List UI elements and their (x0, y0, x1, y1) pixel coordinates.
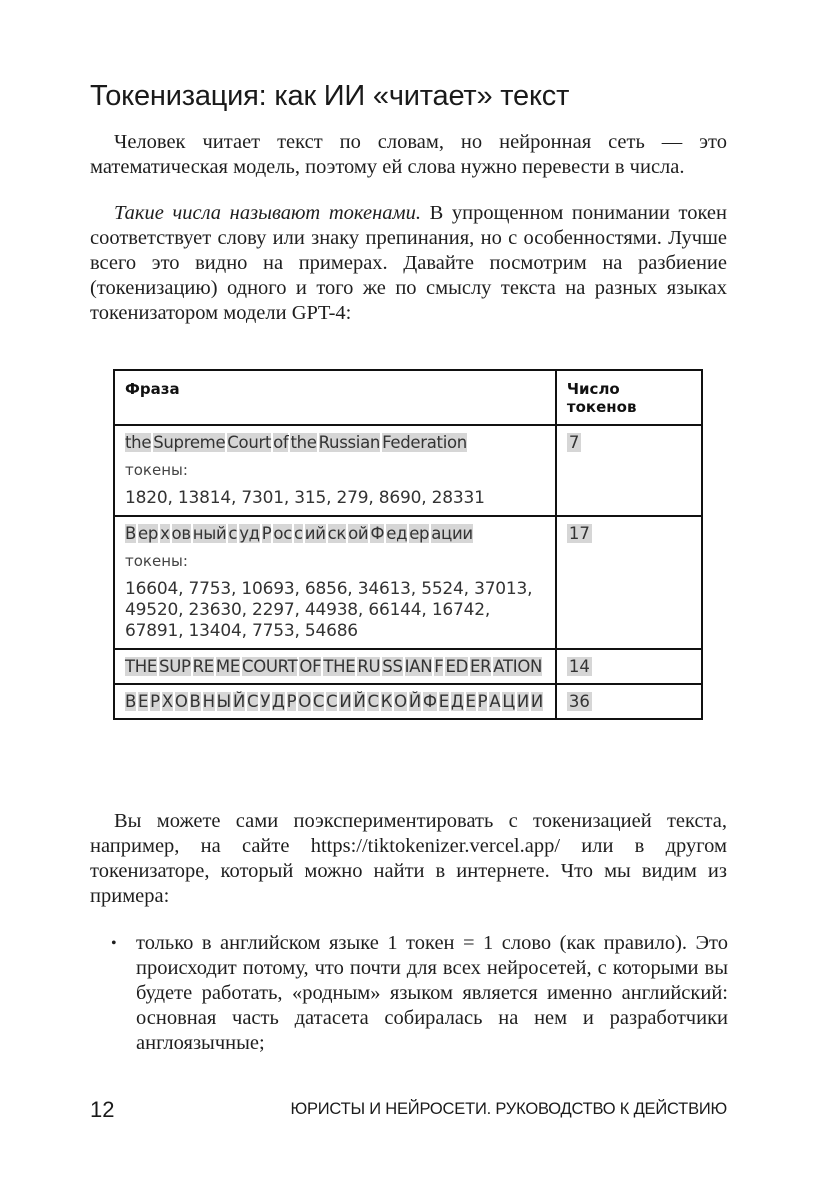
token-segment: of (273, 433, 288, 452)
token-ids: 1820, 13814, 7301, 315, 279, 8690, 28331 (125, 488, 545, 509)
table-header-row: Фраза Число токенов (114, 370, 702, 425)
token-segment: К (381, 692, 392, 711)
tokens-label: токены: (125, 460, 545, 481)
table-row: ВерховныйсудРоссийскойФедерациитокены:16… (114, 516, 702, 649)
token-count-cell: 7 (556, 425, 702, 516)
token-segment: В (190, 692, 201, 711)
book-page: Токенизация: как ИИ «читает» текст Челов… (0, 0, 815, 1181)
token-segment: ер (138, 524, 158, 543)
tokenized-phrase: ВЕРХОВНЫЙСУДРОССИЙСКОЙФЕДЕРАЦИИ (125, 691, 545, 712)
token-segment: Federation (382, 433, 467, 452)
token-segment: Е (138, 692, 148, 711)
token-segment: ED (445, 657, 468, 676)
token-segment: SS (382, 657, 402, 676)
token-segment: Ц (502, 692, 515, 711)
token-segment: Р (262, 524, 272, 543)
phrase-cell: THESUPREMECOURTOFTHERUSSIANFEDERATION (114, 649, 556, 684)
token-segment: Д (451, 692, 464, 711)
token-segment: У (260, 692, 270, 711)
token-segment: О (175, 692, 188, 711)
token-segment: С (247, 692, 258, 711)
phrase-cell: theSupremeCourtoftheRussianFederationток… (114, 425, 556, 516)
tokens-label: токены: (125, 551, 545, 572)
tokens-definition-italic: Такие числа называют токенами. (114, 202, 421, 224)
tokenized-phrase: ВерховныйсудРоссийскойФедерации (125, 523, 545, 544)
token-segment: THE (323, 657, 355, 676)
token-segment: F (434, 657, 443, 676)
token-segment: С (313, 692, 324, 711)
bullet-icon: • (111, 931, 117, 956)
token-segment: the (290, 433, 316, 452)
token-count-cell: 17 (556, 516, 702, 649)
token-segment: ации (431, 524, 473, 543)
token-segment: OF (299, 657, 321, 676)
tokenized-phrase: theSupremeCourtoftheRussianFederation (125, 432, 545, 453)
token-count-cell: 14 (556, 649, 702, 684)
token-segment: И (531, 692, 543, 711)
table-body: theSupremeCourtoftheRussianFederationток… (114, 425, 702, 719)
tokens-paragraph: Такие числа называют токенами. В упрощен… (90, 201, 727, 326)
section-heading: Токенизация: как ИИ «читает» текст (90, 80, 569, 113)
list-item-text: только в английском языке 1 токен = 1 сл… (136, 932, 728, 1054)
token-segment: RU (357, 657, 380, 676)
tokenization-table: Фраза Число токенов theSupremeCourtofthe… (113, 369, 703, 720)
token-count: 14 (567, 657, 592, 676)
token-segment: О (298, 692, 311, 711)
token-segment: О (394, 692, 407, 711)
table-row: theSupremeCourtoftheRussianFederationток… (114, 425, 702, 516)
token-segment: THE (125, 657, 157, 676)
token-segment: И (339, 692, 351, 711)
token-segment: Р (478, 692, 488, 711)
token-segment: с (228, 524, 237, 543)
token-segment: ный (193, 524, 227, 543)
token-segment: Ф (370, 524, 384, 543)
token-segment: с (294, 524, 303, 543)
token-segment: Р (287, 692, 297, 711)
token-segment: Р (150, 692, 160, 711)
token-count: 7 (567, 433, 582, 452)
token-segment: В (125, 692, 136, 711)
token-segment: ер (409, 524, 429, 543)
experiment-paragraph: Вы можете сами поэкспериментировать с то… (90, 809, 727, 909)
token-segment: Н (203, 692, 215, 711)
token-segment: ск (328, 524, 346, 543)
token-segment: Court (227, 433, 271, 452)
token-segment: ов (172, 524, 191, 543)
token-segment: RE (193, 657, 214, 676)
token-segment: ий (305, 524, 326, 543)
header-token-count: Число токенов (556, 370, 702, 425)
token-segment: Supreme (153, 433, 225, 452)
token-segment: ос (273, 524, 292, 543)
token-segment: Й (353, 692, 365, 711)
token-segment: ед (386, 524, 407, 543)
list-item: •только в английском языке 1 токен = 1 с… (108, 931, 728, 1056)
token-count: 17 (567, 524, 592, 543)
token-segment: ER (470, 657, 491, 676)
token-segment: the (125, 433, 151, 452)
token-segment: COURT (242, 657, 297, 676)
phrase-cell: ВерховныйсудРоссийскойФедерациитокены:16… (114, 516, 556, 649)
phrase-cell: ВЕРХОВНЫЙСУДРОССИЙСКОЙФЕДЕРАЦИИ (114, 684, 556, 719)
token-segment: ой (348, 524, 368, 543)
token-segment: уд (239, 524, 260, 543)
token-segment: С (326, 692, 337, 711)
token-segment: Й (233, 692, 245, 711)
tokenized-phrase: THESUPREMECOURTOFTHERUSSIANFEDERATION (125, 656, 545, 677)
token-segment: Е (466, 692, 476, 711)
token-segment: Russian (319, 433, 380, 452)
observations-list: •только в английском языке 1 токен = 1 с… (108, 931, 728, 1056)
token-segment: Е (439, 692, 449, 711)
token-segment: Ф (423, 692, 437, 711)
token-segment: В (125, 524, 136, 543)
page-number: 12 (90, 1097, 114, 1123)
token-ids: 16604, 7753, 10693, 6856, 34613, 5524, 3… (125, 579, 545, 642)
token-segment: А (489, 692, 500, 711)
token-segment: Ы (217, 692, 231, 711)
token-segment: ME (216, 657, 240, 676)
table-row: THESUPREMECOURTOFTHERUSSIANFEDERATION14 (114, 649, 702, 684)
table-row: ВЕРХОВНЫЙСУДРОССИЙСКОЙФЕДЕРАЦИИ36 (114, 684, 702, 719)
token-count: 36 (567, 692, 592, 711)
token-segment: С (367, 692, 378, 711)
token-segment: Й (409, 692, 421, 711)
header-phrase: Фраза (114, 370, 556, 425)
token-segment: SUP (159, 657, 191, 676)
intro-paragraph: Человек читает текст по словам, но нейро… (90, 130, 727, 180)
token-segment: х (160, 524, 169, 543)
token-segment: ATION (493, 657, 542, 676)
running-footer-title: ЮРИСТЫ И НЕЙРОСЕТИ. РУКОВОДСТВО К ДЕЙСТВ… (290, 1100, 727, 1119)
token-segment: Х (162, 692, 173, 711)
token-segment: IAN (405, 657, 433, 676)
token-count-cell: 36 (556, 684, 702, 719)
token-segment: Д (272, 692, 285, 711)
token-segment: И (517, 692, 529, 711)
